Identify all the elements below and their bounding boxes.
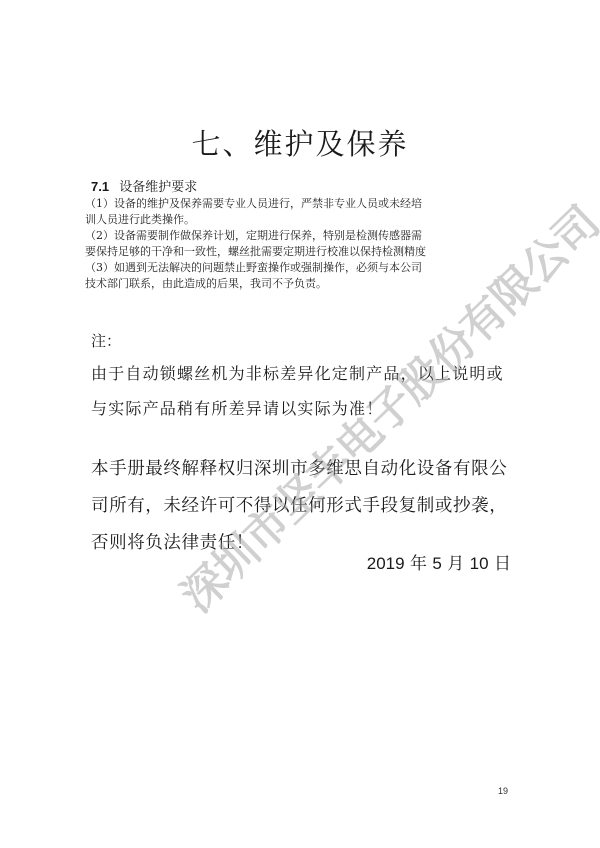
document-page: 七、维护及保养 7.1 设备维护要求 （1）设备的维护及保养需要专业人员进行，严… xyxy=(0,0,600,848)
requirement-item: （2）设备需要制作做保养计划，定期进行保养，特别是检测传感器需要保持足够的干净和… xyxy=(85,228,430,260)
chapter-title-text: 七、维护及保养 xyxy=(191,122,408,163)
copyright-statement: 本手册最终解释权归深圳市多维思自动化设备有限公司所有，未经许可不得以任何形式手段… xyxy=(91,451,516,562)
requirements-list: （1）设备的维护及保养需要专业人员进行，严禁非专业人员或未经培训人员进行此类操作… xyxy=(85,196,430,292)
document-date: 2019 年 5 月 10 日 xyxy=(367,549,511,574)
section-title: 设备维护要求 xyxy=(119,180,197,195)
note-body: 由于自动锁螺丝机为非标差异化定制产品，以上说明或与实际产品稍有所差异请以实际为准… xyxy=(91,356,511,426)
date-year-unit: 年 xyxy=(410,554,427,574)
chapter-title: 七、维护及保养 xyxy=(0,122,600,163)
date-day: 10 xyxy=(470,554,489,573)
date-month-unit: 月 xyxy=(447,554,464,574)
section-heading: 7.1 设备维护要求 xyxy=(91,176,197,195)
date-month: 5 xyxy=(432,554,441,573)
requirement-item: （3）如遇到无法解决的问题禁止野蛮操作或强制操作，必须与本公司技术部门联系，由此… xyxy=(85,260,430,292)
requirement-item: （1）设备的维护及保养需要专业人员进行，严禁非专业人员或未经培训人员进行此类操作… xyxy=(85,196,430,228)
section-number: 7.1 xyxy=(91,179,109,194)
page-number: 19 xyxy=(498,786,508,796)
note-label: 注： xyxy=(91,330,121,351)
date-year: 2019 xyxy=(367,554,405,573)
date-day-unit: 日 xyxy=(494,554,511,574)
